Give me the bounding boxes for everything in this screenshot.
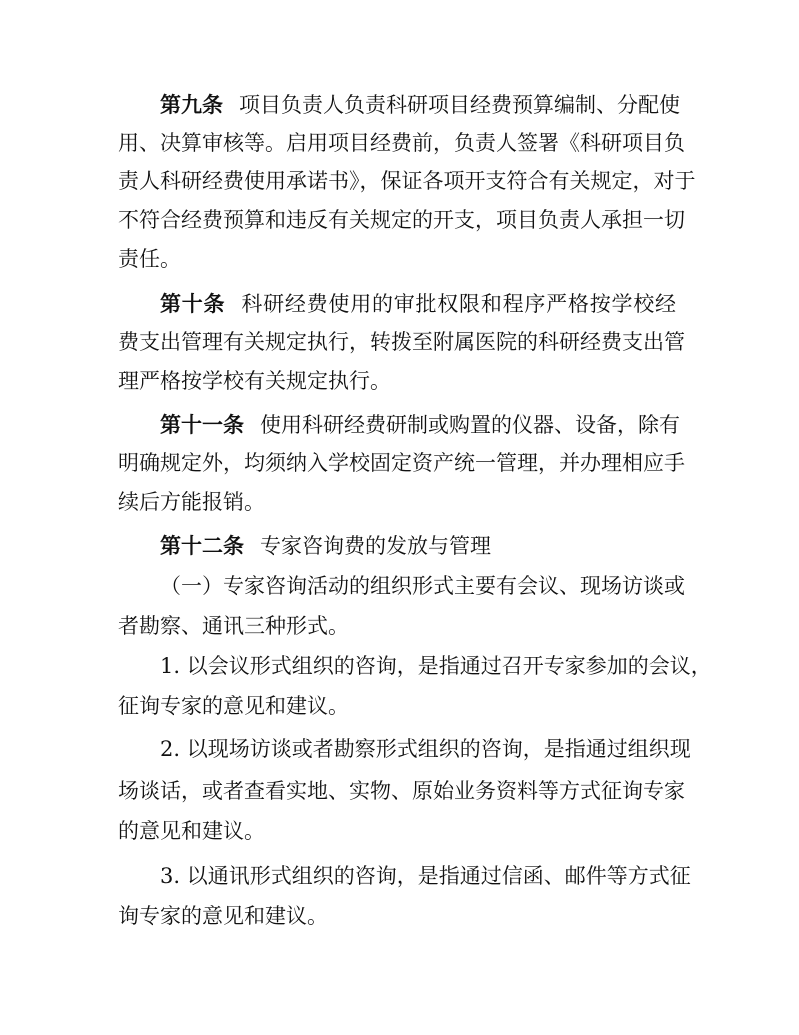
article-10-heading: 第十条 <box>160 291 225 316</box>
item-1-line-1: 1. 以会议形式组织的咨询，是指通过召开专家参加的会议， <box>160 651 676 681</box>
item-2-line-2: 场谈话，或者查看实地、实物、原始业务资料等方式征询专家 <box>118 776 676 806</box>
item-1-line-2: 征询专家的意见和建议。 <box>118 691 676 721</box>
document-page: 第九条项目负责人负责科研项目经费预算编制、分配使 用、决算审核等。启用项目经费前… <box>0 0 799 1035</box>
article-12-line-1: 第十二条专家咨询费的发放与管理 <box>160 531 676 561</box>
article-10-line-2: 费支出管理有关规定执行，转拨至附属医院的科研经费支出管 <box>118 327 676 357</box>
article-11-line-3: 续后方能报销。 <box>118 487 676 517</box>
article-10-text: 科研经费使用的审批权限和程序严格按学校经 <box>241 292 676 316</box>
article-11-line-2: 明确规定外，均须纳入学校固定资产统一管理，并办理相应手 <box>118 448 676 478</box>
article-10-line-1: 第十条科研经费使用的审批权限和程序严格按学校经 <box>160 289 676 319</box>
article-10-line-3: 理严格按学校有关规定执行。 <box>118 366 676 396</box>
article-9-line-3: 责人科研经费使用承诺书》，保证各项开支符合有关规定，对于 <box>118 166 676 196</box>
item-3-line-1: 3. 以通讯形式组织的咨询，是指通过信函、邮件等方式征 <box>160 861 676 891</box>
article-12-text: 专家咨询费的发放与管理 <box>260 534 491 558</box>
article-11-text: 使用科研经费研制或购置的仪器、设备，除有 <box>260 413 680 437</box>
article-9-text: 项目负责人负责科研项目经费预算编制、分配使 <box>239 93 680 117</box>
article-11-heading: 第十一条 <box>160 412 244 437</box>
article-12-heading: 第十二条 <box>160 533 244 558</box>
item-2-line-1: 2. 以现场访谈或者勘察形式组织的咨询，是指通过组织现 <box>160 734 676 764</box>
article-9-line-5: 责任。 <box>118 244 676 274</box>
item-3-line-2: 询专家的意见和建议。 <box>118 901 676 931</box>
item-2-line-3: 的意见和建议。 <box>118 816 676 846</box>
article-9-heading: 第九条 <box>160 92 223 117</box>
subsection-1-line-2: 者勘察、通讯三种形式。 <box>118 611 676 641</box>
subsection-1-line-1: （一）专家咨询活动的组织形式主要有会议、现场访谈或 <box>160 571 676 601</box>
article-9-line-4: 不符合经费预算和违反有关规定的开支，项目负责人承担一切 <box>118 205 676 235</box>
article-9-line-2: 用、决算审核等。启用项目经费前，负责人签署《科研项目负 <box>118 128 676 158</box>
article-11-line-1: 第十一条使用科研经费研制或购置的仪器、设备，除有 <box>160 410 676 440</box>
article-9-line-1: 第九条项目负责人负责科研项目经费预算编制、分配使 <box>160 90 676 120</box>
